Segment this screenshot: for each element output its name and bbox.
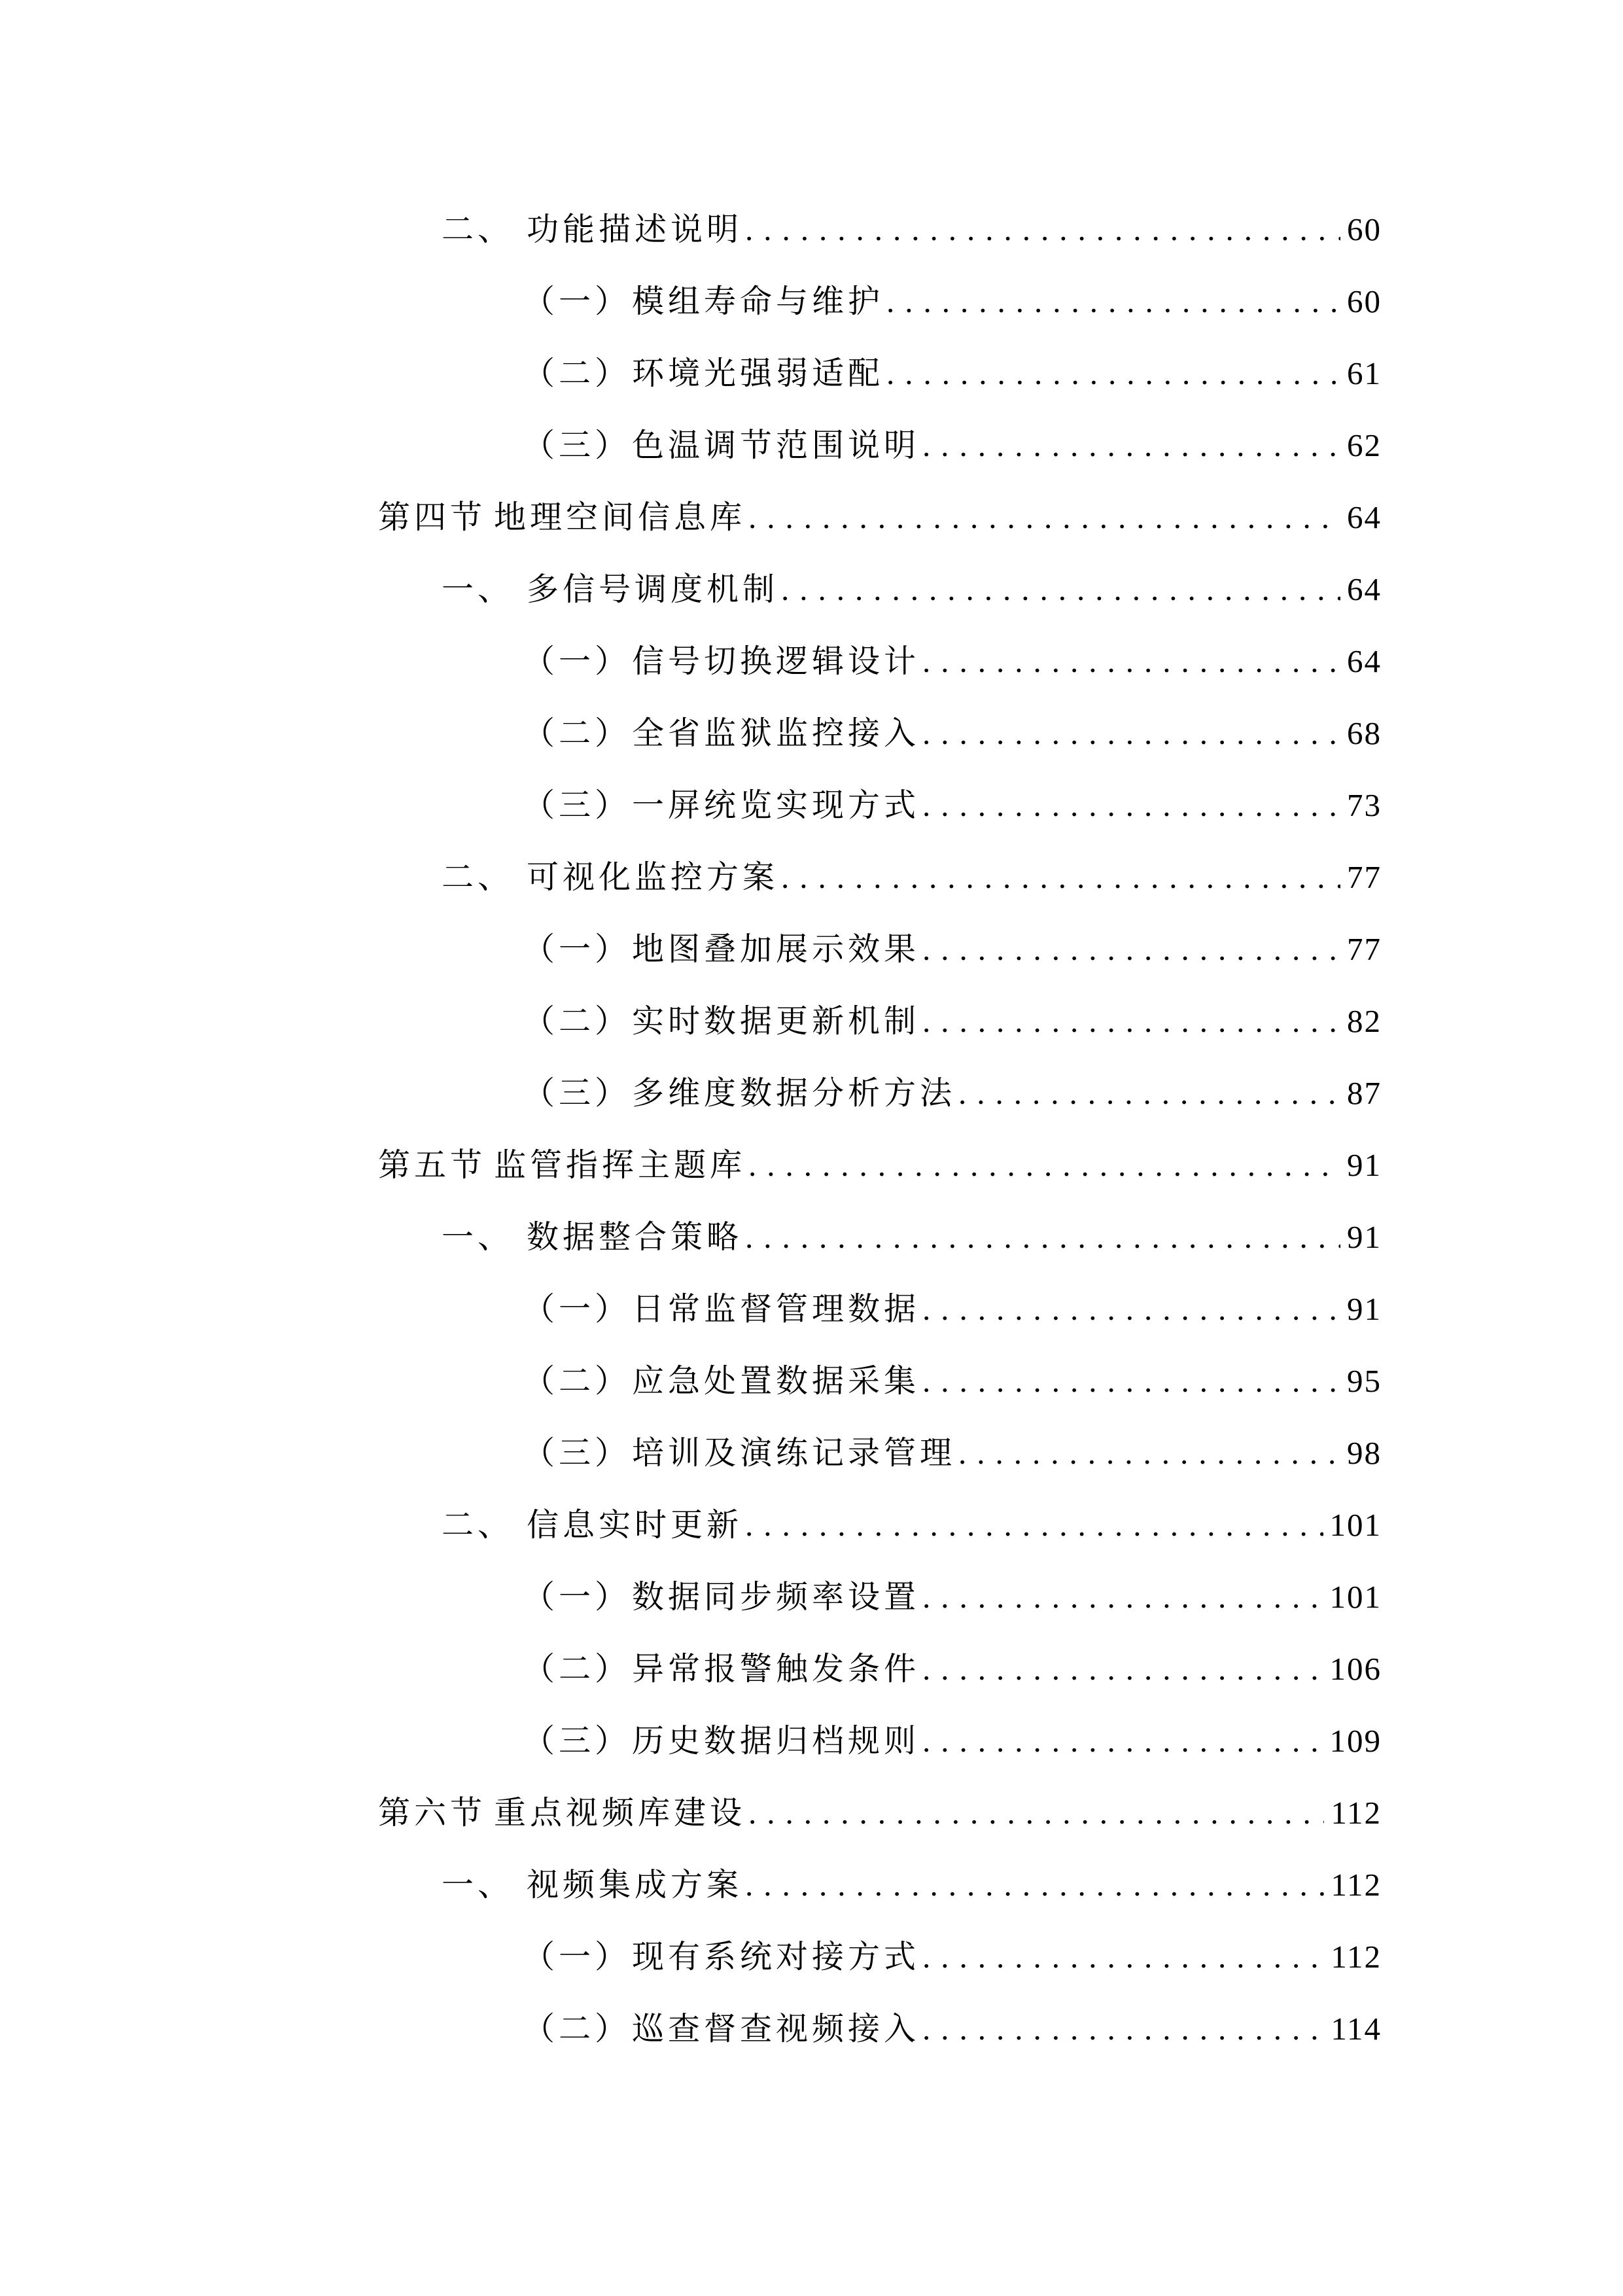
toc-entry-title: 信号切换逻辑设计 [632, 626, 920, 698]
toc-page-number: 91 [1340, 1273, 1382, 1345]
toc-entry-title: 全省监狱监控接入 [632, 698, 920, 769]
toc-entry[interactable]: （一） 地图叠加展示效果 ...........................… [0, 913, 1382, 985]
toc-page-number: 98 [1340, 1417, 1382, 1489]
toc-entry[interactable]: 一、 视频集成方案 ..............................… [0, 1849, 1382, 1921]
toc-entry-title: 色温调节范围说明 [632, 410, 920, 482]
dot-leader: ........................................… [922, 1633, 1323, 1705]
toc-page-number: 82 [1340, 985, 1382, 1057]
toc-page-number: 109 [1323, 1705, 1382, 1777]
dot-leader: ........................................… [745, 194, 1340, 266]
dot-leader: ........................................… [781, 841, 1340, 913]
dot-leader: ........................................… [922, 1993, 1324, 2065]
toc-page-number: 114 [1324, 1993, 1382, 2065]
toc-entry-title: 历史数据归档规则 [632, 1705, 920, 1777]
toc-entry[interactable]: 第五节 监管指挥主题库 ............................… [0, 1129, 1382, 1201]
toc-page-number: 61 [1340, 338, 1382, 410]
dot-leader: ........................................… [745, 1849, 1324, 1921]
toc-entry[interactable]: （二） 环境光强弱适配 ............................… [0, 338, 1382, 410]
toc-page-number: 60 [1340, 266, 1382, 338]
toc-entry-prefix: （二） [523, 1633, 631, 1705]
toc-entry-prefix: 二、 [442, 1489, 514, 1561]
toc-entry-prefix: （二） [523, 1345, 631, 1417]
dot-leader: ........................................… [781, 554, 1340, 626]
toc-page-number: 68 [1340, 698, 1382, 769]
toc-entry-title: 多信号调度机制 [527, 554, 778, 626]
toc-entry-prefix: 一、 [442, 554, 514, 626]
dot-leader: ........................................… [886, 338, 1340, 410]
toc-entry[interactable]: （一） 模组寿命与维护 ............................… [0, 266, 1382, 338]
toc-entry-title: 环境光强弱适配 [632, 338, 884, 410]
toc-page-number: 77 [1340, 913, 1382, 985]
toc-page-number: 64 [1340, 482, 1382, 554]
toc-entry-prefix: 一、 [442, 1849, 514, 1921]
toc-entry[interactable]: 二、 功能描述说明 ..............................… [0, 194, 1382, 266]
toc-entry[interactable]: 一、 数据整合策略 ..............................… [0, 1201, 1382, 1273]
dot-leader: ........................................… [886, 266, 1340, 338]
toc-entry[interactable]: （二） 全省监狱监控接入 ...........................… [0, 698, 1382, 769]
toc-page-number: 101 [1323, 1489, 1382, 1561]
toc-entry-prefix: （一） [523, 913, 631, 985]
toc-entry[interactable]: 第四节 地理空间信息库 ............................… [0, 482, 1382, 554]
toc-entry[interactable]: 第六节 重点视频库建设 ............................… [0, 1777, 1382, 1849]
toc-entry-prefix: （三） [523, 1057, 631, 1129]
toc-entry-prefix: （二） [523, 1993, 631, 2065]
toc-page-number: 64 [1340, 554, 1382, 626]
toc-page-number: 77 [1340, 841, 1382, 913]
toc-page-number: 112 [1324, 1921, 1382, 1993]
toc-entry-prefix: （一） [523, 1561, 631, 1633]
toc-page-number: 64 [1340, 626, 1382, 698]
dot-leader: ........................................… [922, 410, 1340, 482]
toc-page-number: 112 [1324, 1849, 1382, 1921]
dot-leader: ........................................… [922, 1921, 1324, 1993]
dot-leader: ........................................… [922, 769, 1340, 841]
toc-entry-title: 一屏统览实现方式 [632, 769, 920, 841]
toc-entry-prefix: （一） [523, 626, 631, 698]
toc-entry-title: 可视化监控方案 [527, 841, 778, 913]
toc-entry[interactable]: （一） 现有系统对接方式 ...........................… [0, 1921, 1382, 1993]
toc-entry-title: 功能描述说明 [527, 194, 742, 266]
toc-entry-prefix: 二、 [442, 841, 514, 913]
toc-entry[interactable]: （三） 一屏统览实现方式 ...........................… [0, 769, 1382, 841]
toc-entry-prefix: （三） [523, 769, 631, 841]
toc-entry[interactable]: 二、 可视化监控方案 .............................… [0, 841, 1382, 913]
toc-entry-title: 重点视频库建设 [494, 1777, 746, 1849]
toc-entry[interactable]: （二） 巡查督查视频接入 ...........................… [0, 1993, 1382, 2065]
toc-entry-title: 日常监督管理数据 [632, 1273, 920, 1345]
toc-entry-title: 现有系统对接方式 [632, 1921, 920, 1993]
toc-entry-prefix: （二） [523, 698, 631, 769]
toc-entry[interactable]: （二） 应急处置数据采集 ...........................… [0, 1345, 1382, 1417]
dot-leader: ........................................… [748, 1129, 1340, 1201]
toc-entry[interactable]: （一） 日常监督管理数据 ...........................… [0, 1273, 1382, 1345]
toc-entry-title: 培训及演练记录管理 [632, 1417, 956, 1489]
dot-leader: ........................................… [922, 1273, 1340, 1345]
toc-entry[interactable]: 一、 多信号调度机制 .............................… [0, 554, 1382, 626]
toc-entry-title: 模组寿命与维护 [632, 266, 884, 338]
toc-entry-title: 应急处置数据采集 [632, 1345, 920, 1417]
toc-entry[interactable]: （二） 异常报警触发条件 ...........................… [0, 1633, 1382, 1705]
toc-entry-title: 巡查督查视频接入 [632, 1993, 920, 2065]
toc-entry-prefix: （一） [523, 1273, 631, 1345]
toc-entry-prefix: （二） [523, 985, 631, 1057]
toc-page-number: 106 [1323, 1633, 1382, 1705]
toc-page-number: 62 [1340, 410, 1382, 482]
toc-page-number: 60 [1340, 194, 1382, 266]
dot-leader: ........................................… [958, 1057, 1340, 1129]
dot-leader: ........................................… [745, 1489, 1323, 1561]
dot-leader: ........................................… [922, 1345, 1340, 1417]
toc-entry-title: 监管指挥主题库 [494, 1129, 746, 1201]
toc-entry[interactable]: （二） 实时数据更新机制 ...........................… [0, 985, 1382, 1057]
toc-entry-prefix: （三） [523, 1417, 631, 1489]
toc-entry-prefix: 第六节 [378, 1777, 486, 1849]
toc-entry-prefix: （一） [523, 266, 631, 338]
dot-leader: ........................................… [922, 1561, 1323, 1633]
toc-entry-prefix: （三） [523, 1705, 631, 1777]
toc-entry-prefix: 第五节 [378, 1129, 486, 1201]
toc-entry-title: 视频集成方案 [527, 1849, 742, 1921]
dot-leader: ........................................… [748, 482, 1340, 554]
toc-entry[interactable]: （三） 历史数据归档规则 ...........................… [0, 1705, 1382, 1777]
toc-entry[interactable]: （三） 多维度数据分析方法 ..........................… [0, 1057, 1382, 1129]
toc-entry-title: 异常报警触发条件 [632, 1633, 920, 1705]
table-of-contents: 二、 功能描述说明 ..............................… [0, 194, 1382, 2065]
toc-page-number: 95 [1340, 1345, 1382, 1417]
toc-entry-prefix: （三） [523, 410, 631, 482]
toc-entry[interactable]: （三） 培训及演练记录管理 ..........................… [0, 1417, 1382, 1489]
dot-leader: ........................................… [958, 1417, 1340, 1489]
toc-entry-title: 实时数据更新机制 [632, 985, 920, 1057]
toc-page-number: 101 [1323, 1561, 1382, 1633]
dot-leader: ........................................… [922, 1705, 1323, 1777]
toc-entry-title: 地理空间信息库 [494, 482, 746, 554]
dot-leader: ........................................… [922, 698, 1340, 769]
toc-entry-prefix: （二） [523, 338, 631, 410]
dot-leader: ........................................… [922, 626, 1340, 698]
toc-entry[interactable]: （三） 色温调节范围说明 ...........................… [0, 410, 1382, 482]
toc-entry-title: 数据整合策略 [527, 1201, 742, 1273]
toc-page-number: 91 [1340, 1129, 1382, 1201]
toc-entry-prefix: （一） [523, 1921, 631, 1993]
toc-page-number: 73 [1340, 769, 1382, 841]
toc-entry[interactable]: 二、 信息实时更新 ..............................… [0, 1489, 1382, 1561]
toc-page-number: 112 [1324, 1777, 1382, 1849]
toc-entry-title: 数据同步频率设置 [632, 1561, 920, 1633]
document-page: 二、 功能描述说明 ..............................… [0, 0, 1623, 2296]
toc-entry-prefix: 二、 [442, 194, 514, 266]
dot-leader: ........................................… [745, 1201, 1340, 1273]
toc-entry-title: 信息实时更新 [527, 1489, 742, 1561]
toc-entry-title: 多维度数据分析方法 [632, 1057, 956, 1129]
toc-entry-title: 地图叠加展示效果 [632, 913, 920, 985]
toc-entry-prefix: 一、 [442, 1201, 514, 1273]
toc-entry[interactable]: （一） 信号切换逻辑设计 ...........................… [0, 626, 1382, 698]
toc-page-number: 91 [1340, 1201, 1382, 1273]
toc-entry[interactable]: （一） 数据同步频率设置 ...........................… [0, 1561, 1382, 1633]
toc-page-number: 87 [1340, 1057, 1382, 1129]
dot-leader: ........................................… [748, 1777, 1324, 1849]
dot-leader: ........................................… [922, 985, 1340, 1057]
toc-entry-prefix: 第四节 [378, 482, 486, 554]
dot-leader: ........................................… [922, 913, 1340, 985]
